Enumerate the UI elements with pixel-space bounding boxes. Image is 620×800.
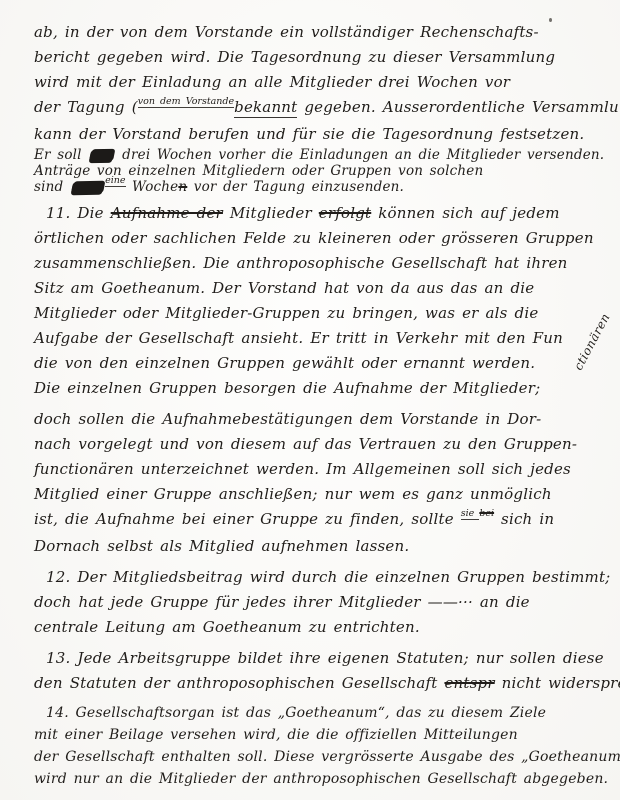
segment-text: sind (34, 179, 70, 195)
segment-text: Dornach selbst als Mitglied aufnehmen la… (34, 537, 409, 555)
manuscript-line: ab, in der von dem Vorstande ein vollstä… (34, 20, 596, 45)
segment-text: 11. Die (46, 204, 111, 222)
manuscript-line: sind xxxxeine Wochen vor der Tagung einz… (34, 179, 596, 197)
segment-text: Mitglieder oder Mitglieder-Gruppen zu br… (34, 304, 538, 322)
manuscript-line: Er soll xxx drei Wochen vorher die Einla… (34, 147, 596, 163)
segment-text: Mitglied einer Gruppe anschließen; nur w… (34, 485, 552, 503)
manuscript-line: bericht gegeben wird. Die Tagesordnung z… (34, 45, 596, 70)
manuscript-line: 11. Die Aufnahme der Mitglieder erfolgt … (34, 201, 596, 226)
manuscript-line: ist, die Aufnahme bei einer Gruppe zu fi… (34, 507, 596, 534)
segment-text: wird nur an die Mitglieder der anthropos… (34, 771, 608, 787)
segment-text: centrale Leitung am Goetheanum zu entric… (34, 618, 420, 636)
segment-text: der Tagung ( (34, 98, 138, 116)
manuscript-line: örtlichen oder sachlichen Felde zu klein… (34, 226, 596, 251)
segment-text: Er soll (34, 147, 88, 163)
segment-insert: eine (105, 175, 125, 187)
segment-strike: entspr (444, 674, 494, 692)
segment-underline: bekannt (234, 98, 297, 118)
segment-strike: n (178, 179, 187, 195)
segment-text: kann der Vorstand berufen und für sie di… (34, 125, 584, 143)
manuscript-line: Dornach selbst als Mitglied aufnehmen la… (34, 534, 596, 559)
manuscript-line: Sitz am Goetheanum. Der Vorstand hat von… (34, 276, 596, 301)
manuscript-line: centrale Leitung am Goetheanum zu entric… (34, 615, 596, 640)
segment-text: 14. Gesellschaftsorgan ist das „Goethean… (46, 705, 546, 721)
manuscript-line: 14. Gesellschaftsorgan ist das „Goethean… (34, 702, 596, 724)
segment-text: Aufgabe der Gesellschaft ansieht. Er tri… (34, 329, 563, 347)
manuscript-line: wird mit der Einladung an alle Mitgliede… (34, 70, 596, 95)
segment-text: vor der Tagung einzusenden. (187, 179, 404, 195)
segment-text: Die einzelnen Gruppen besorgen die Aufna… (34, 379, 540, 397)
manuscript-line: wird nur an die Mitglieder der anthropos… (34, 768, 596, 790)
segment-scribble: xxx (89, 150, 115, 162)
segment-text: functionären unterzeichnet werden. Im Al… (34, 460, 571, 478)
segment-text: sich in (494, 510, 554, 528)
segment-insert: von dem Vorstande (138, 96, 234, 108)
manuscript-line: der Gesellschaft enthalten soll. Diese v… (34, 746, 596, 768)
manuscript-line: functionären unterzeichnet werden. Im Al… (34, 457, 596, 482)
ink-speck (549, 18, 552, 22)
manuscript-line: zusammenschließen. Die anthroposophische… (34, 251, 596, 276)
segment-text: bericht gegeben wird. Die Tagesordnung z… (34, 48, 555, 66)
segment-insert: sie (461, 508, 480, 520)
manuscript-line: Die einzelnen Gruppen besorgen die Aufna… (34, 376, 596, 401)
segment-strike: erfolgt (319, 204, 371, 222)
segment-text: Anträge von einzelnen Mitgliedern oder G… (34, 163, 483, 179)
segment-text: gegeben. Ausserordentliche Versammlungen (297, 98, 620, 116)
manuscript-line: den Statuten der anthroposophischen Gese… (34, 671, 596, 696)
segment-text: nicht widersprechen. (495, 674, 620, 692)
manuscript-line: Mitglied einer Gruppe anschließen; nur w… (34, 482, 596, 507)
segment-text: doch sollen die Aufnahmebestätigungen de… (34, 410, 541, 428)
segment-strike: Aufnahme der (111, 204, 223, 222)
manuscript-line: Aufgabe der Gesellschaft ansieht. Er tri… (34, 326, 596, 351)
manuscript-line: mit einer Beilage versehen wird, die die… (34, 724, 596, 746)
manuscript-line: 13. Jede Arbeitsgruppe bildet ihre eigen… (34, 646, 596, 671)
segment-text: zusammenschließen. Die anthroposophische… (34, 254, 568, 272)
segment-text: Mitglieder (223, 204, 319, 222)
manuscript-line: Mitglieder oder Mitglieder-Gruppen zu br… (34, 301, 596, 326)
segment-text: ab, in der von dem Vorstande ein vollstä… (34, 23, 539, 41)
segment-text: ist, die Aufnahme bei einer Gruppe zu fi… (34, 510, 461, 528)
manuscript-line: die von den einzelnen Gruppen gewählt od… (34, 351, 596, 376)
manuscript-line: doch sollen die Aufnahmebestätigungen de… (34, 407, 596, 432)
manuscript-line: 12. Der Mitgliedsbeitrag wird durch die … (34, 565, 596, 590)
segment-text: nach vorgelegt und von diesem auf das Ve… (34, 435, 577, 453)
segment-text: die von den einzelnen Gruppen gewählt od… (34, 354, 535, 372)
segment-text: 13. Jede Arbeitsgruppe bildet ihre eigen… (46, 649, 604, 667)
manuscript-line: der Tagung (von dem Vorstandebekannt geg… (34, 95, 596, 122)
segment-text: der Gesellschaft enthalten soll. Diese v… (34, 749, 620, 765)
manuscript-line: doch hat jede Gruppe für jedes ihrer Mit… (34, 590, 596, 615)
segment-text: Woche (126, 179, 179, 195)
manuscript-line: nach vorgelegt und von diesem auf das Ve… (34, 432, 596, 457)
segment-text: können sich auf jedem (371, 204, 559, 222)
segment-text: wird mit der Einladung an alle Mitgliede… (34, 73, 510, 91)
segment-text: drei Wochen vorher die Einladungen an di… (116, 147, 605, 163)
segment-insert-strike: bei (479, 508, 494, 519)
segment-text: den Statuten der anthroposophischen Gese… (34, 674, 444, 692)
manuscript-body: ab, in der von dem Vorstande ein vollstä… (34, 20, 596, 790)
segment-text: 12. Der Mitgliedsbeitrag wird durch die … (46, 568, 610, 586)
segment-scribble: xxxx (71, 182, 105, 195)
manuscript-line: kann der Vorstand berufen und für sie di… (34, 122, 596, 147)
segment-text: Sitz am Goetheanum. Der Vorstand hat von… (34, 279, 534, 297)
segment-text: mit einer Beilage versehen wird, die die… (34, 727, 518, 743)
manuscript-page: ab, in der von dem Vorstande ein vollstä… (0, 0, 620, 800)
segment-text: doch hat jede Gruppe für jedes ihrer Mit… (34, 593, 530, 611)
segment-text: örtlichen oder sachlichen Felde zu klein… (34, 229, 594, 247)
